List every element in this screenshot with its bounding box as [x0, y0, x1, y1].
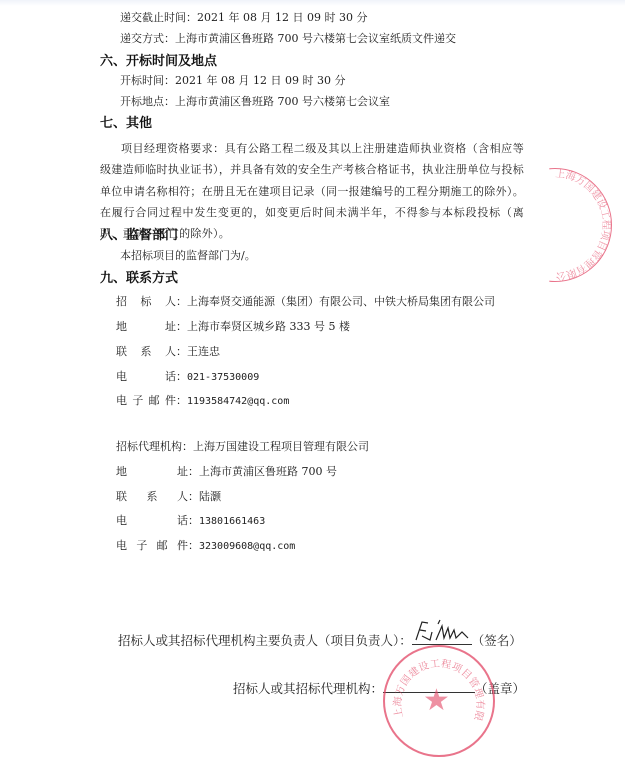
tenderer-contact-row: 联 系 人：王连忠 [116, 343, 220, 359]
label: 地 址 [116, 463, 188, 479]
opening-place: 开标地点：上海市黄浦区鲁班路 700 号六楼第七会议室 [120, 93, 390, 109]
supervision-text: 本招标项目的监督部门为/。 [120, 247, 256, 263]
label: 招 标 人 [116, 293, 176, 309]
label: 电 话 [116, 368, 176, 384]
org-label: 招标人或其招标代理机构： [233, 681, 383, 696]
label: 电 话 [116, 512, 188, 528]
agency-name-row: 招标代理机构：上海万国建设工程项目管理有限公司 [116, 438, 369, 454]
submission-method: 递交方式：上海市黄浦区鲁班路 700 号六楼第七会议室纸质文件递交 [120, 30, 456, 46]
agency-contact: 陆灏 [199, 490, 221, 503]
agency-contact-row: 联 系 人：陆灏 [116, 488, 221, 504]
section-heading-opening: 六、开标时间及地点 [100, 50, 217, 69]
tenderer-phone: 021-37530009 [187, 372, 259, 383]
tenderer-name-row: 招 标 人：上海奉贤交通能源（集团）有限公司、中铁大桥局集团有限公司 [116, 293, 495, 309]
tenderer-name: 上海奉贤交通能源（集团）有限公司、中铁大桥局集团有限公司 [187, 295, 495, 308]
agency-email: 323009608@qq.com [199, 541, 295, 552]
scan-edge-noise [0, 0, 625, 6]
agency-address-row: 地 址：上海市黄浦区鲁班路 700 号 [116, 463, 337, 479]
responsible-label: 招标人或其招标代理机构主要负责人（项目负责人）： [118, 633, 412, 648]
company-seal-stamp: 上海万国建设工程项目管理有限公司 ★ [383, 645, 495, 757]
opening-time: 开标时间：2021 年 08 月 12 日 09 时 30 分 [120, 72, 345, 88]
section-heading-contact: 九、联系方式 [100, 267, 178, 286]
seal-star-icon: ★ [423, 683, 450, 718]
tenderer-address: 上海市奉贤区城乡路 333 号 5 楼 [187, 320, 350, 333]
label: 招标代理机构 [116, 440, 182, 453]
tenderer-email-row: 电子邮件：1193584742@qq.com [116, 392, 289, 408]
label: 联 系 人 [116, 343, 176, 359]
section-heading-other: 七、其他 [100, 112, 152, 131]
tenderer-contact: 王连忠 [187, 345, 220, 358]
tenderer-address-row: 地 址：上海市奉贤区城乡路 333 号 5 楼 [116, 318, 350, 334]
agency-phone: 13801661463 [199, 516, 265, 527]
handwritten-signature-icon [412, 618, 472, 644]
label: 电子邮件 [116, 392, 176, 408]
signature-line [412, 630, 472, 645]
agency-phone-row: 电 话：13801661463 [116, 512, 265, 528]
tenderer-email: 1193584742@qq.com [187, 396, 289, 407]
agency-name: 上海万国建设工程项目管理有限公司 [193, 440, 369, 453]
label: 联 系 人 [116, 488, 188, 504]
section-heading-supervision: 八、监督部门 [100, 224, 178, 243]
sign-suffix: （签名） [472, 633, 522, 648]
submission-deadline: 递交截止时间：2021 年 08 月 12 日 09 时 30 分 [120, 9, 367, 25]
label: 电子邮件 [116, 537, 188, 553]
agency-address: 上海市黄浦区鲁班路 700 号 [199, 465, 337, 478]
tenderer-phone-row: 电 话：021-37530009 [116, 368, 259, 384]
label: 地 址 [116, 318, 176, 334]
agency-email-row: 电子邮件：323009608@qq.com [116, 537, 295, 553]
